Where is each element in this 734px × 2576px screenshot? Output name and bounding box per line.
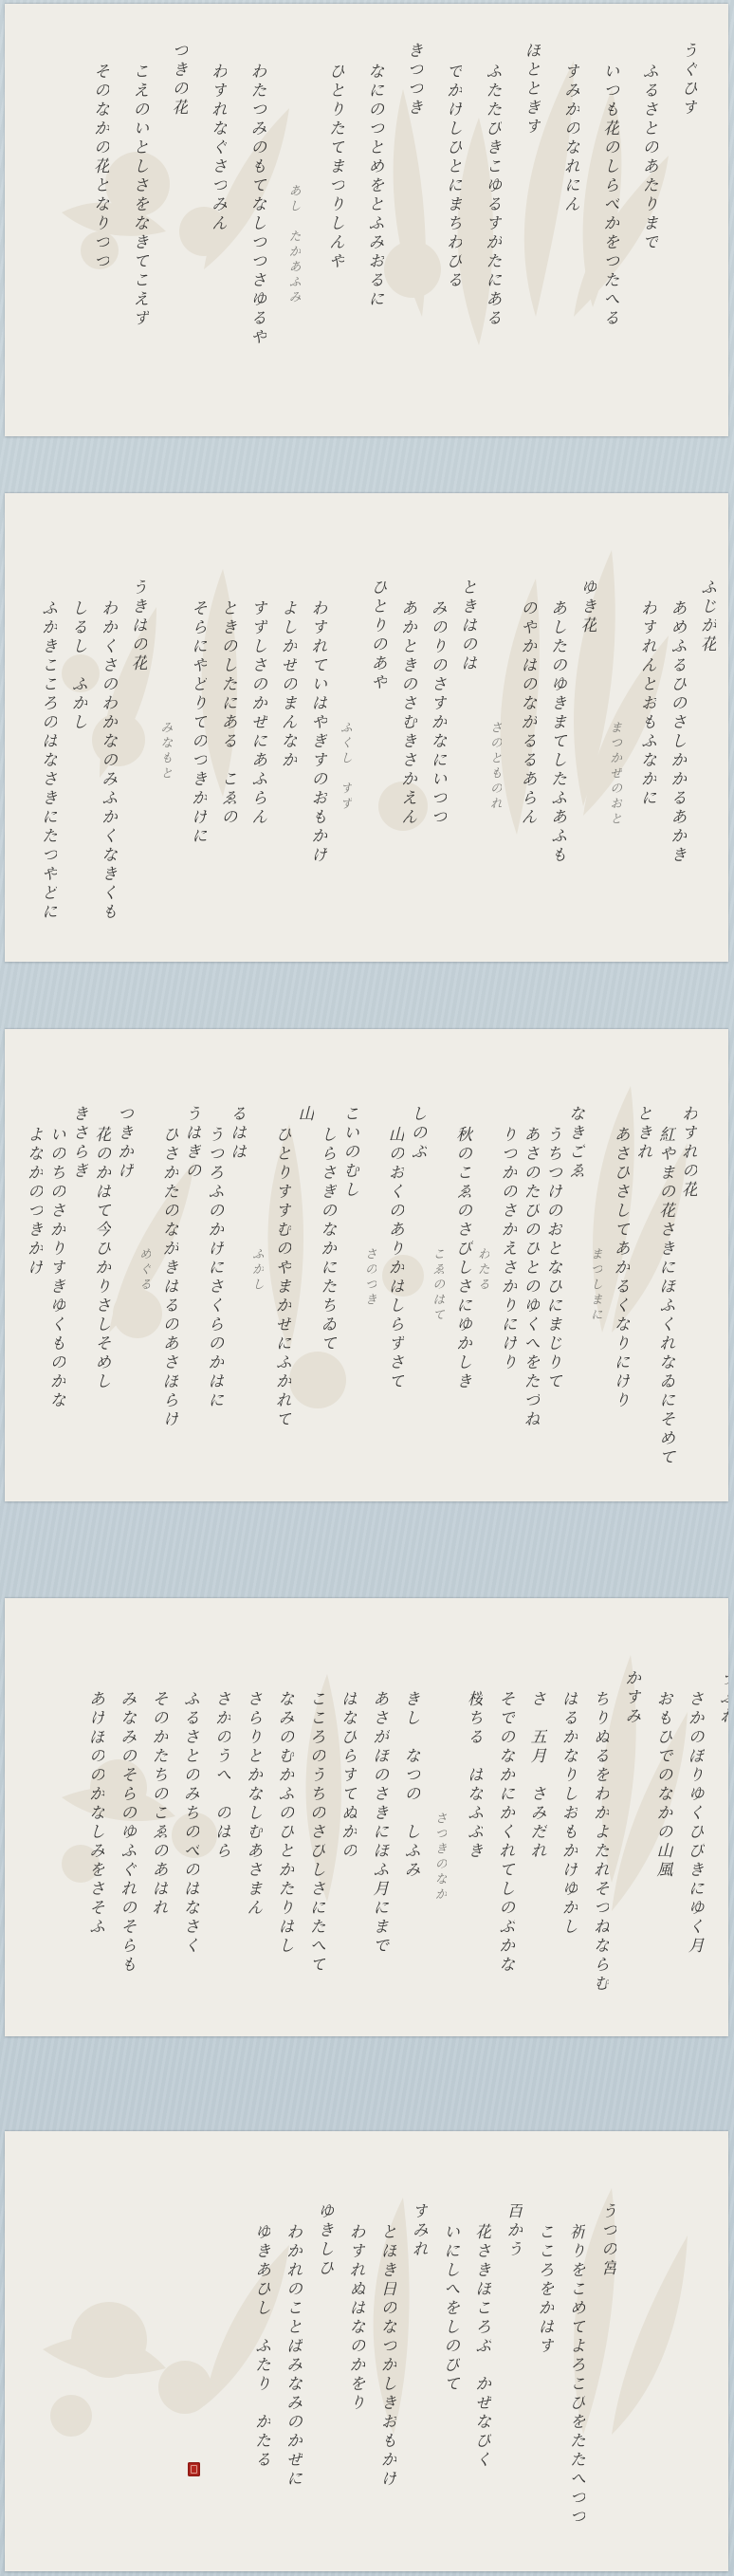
body-column: うちつけのおとなひにまじりて: [543, 1126, 560, 1391]
body-column: しるし ふかし: [69, 599, 85, 732]
body-column: さかのぼりゆくひびきにゆく月: [686, 1690, 702, 1956]
body-column: ふるさとのあたりまで: [640, 63, 656, 252]
text-columns: ふじが花あめふるひのさしかかるあかきわすれんとおもふなかにまつかぜのおとゆき花あ…: [5, 493, 728, 962]
body-column: ちりぬるをわかよたれそつねならむ: [591, 1690, 607, 1994]
body-column: こころのうちのさびしさにたへて: [307, 1690, 323, 1975]
aside-column: あし たかあふみ: [287, 184, 300, 305]
body-column: みのりのさすかなにいつつ: [429, 599, 445, 827]
body-column: はなびらすてぬかの: [339, 1690, 355, 1861]
title-column: 山: [296, 1105, 312, 1124]
aside-column: さつきのなか: [433, 1812, 446, 1903]
body-column: わかれのことばみなみのかぜに: [284, 2223, 300, 2489]
body-column: さかのうへ のはら: [212, 1690, 229, 1861]
title-column: きさらぎ: [70, 1105, 86, 1181]
title-column: つきの花: [170, 42, 186, 118]
body-column: ひとりすすむのやまかぜにふかれて: [273, 1126, 289, 1429]
title-column: うはぎの: [183, 1105, 199, 1181]
aside-column: ふかし: [250, 1247, 263, 1293]
body-column: あさのたびのひとのゆくへをたづね: [521, 1126, 537, 1429]
body-column: いつも花のしらべかをつたへる: [600, 63, 616, 328]
body-column: すずしさのかぜにあふらん: [248, 599, 265, 827]
title-column: きつつき: [405, 42, 421, 118]
title-column: ゆきしひ: [315, 2202, 331, 2278]
title-column: うぐひす: [679, 42, 695, 118]
aside-column: まつかぜのおと: [608, 721, 620, 827]
body-column: うつろふのかげにさくらのかはに: [205, 1126, 221, 1410]
title-column: ゆき花: [578, 579, 595, 635]
calligraphy-panel-4: うぶねさかのぼりゆくひびきにゆく月おもひでのなかの山風かすみちりぬるをわかよたれ…: [5, 1598, 728, 2036]
title-column: うきはの花: [129, 579, 145, 673]
body-column: そのなかの花となりつつ: [91, 63, 107, 271]
body-column: さらりとかなしむあさまん: [244, 1690, 260, 1918]
body-column: 花さきほころぶ かぜなびく: [472, 2223, 488, 2470]
body-column: わかくさのわかなのみふかくなきくも: [99, 599, 115, 922]
aside-column: みなもと: [158, 721, 171, 782]
title-column: 百かう: [504, 2202, 520, 2259]
title-column: ひとりのあや: [369, 579, 385, 692]
body-column: ひさかたのながきはるのあさぼらけ: [160, 1126, 176, 1429]
text-columns: うぶねさかのぼりゆくひびきにゆく月おもひでのなかの山風かすみちりぬるをわかよたれ…: [5, 1598, 728, 2036]
aside-column: こゑのはて: [431, 1247, 443, 1323]
title-column: うつの宮: [598, 2202, 615, 2278]
calligraphy-panel-1: うぐひすふるさとのあたりまでいつも花のしらべかをつたへるすみかのなれにんほととぎ…: [5, 4, 728, 436]
title-column: すみれ: [410, 2202, 426, 2259]
body-column: わすれぬはなのかをり: [347, 2223, 363, 2413]
aside-column: ふくし すず: [339, 721, 351, 812]
body-column: 秋のこゑのさびしさにゆかしき: [453, 1126, 469, 1391]
body-column: いにしへをしのびて: [441, 2223, 457, 2394]
body-column: ゆきあひし ふたり かたる: [252, 2223, 268, 2470]
calligraphy-panel-5: うつの宮祈りをこめてよろこびをたたへつつこころをかはす百かう花さきほころぶ かぜ…: [5, 2131, 728, 2571]
body-column: おもひでのなかの山風: [654, 1690, 670, 1880]
body-column: わたつみのもてなしつつさゆるや: [248, 63, 264, 347]
body-column: あめふるひのさしかかるあかき: [668, 599, 684, 865]
body-column: こえのいとしさをなきてこえず: [130, 63, 146, 328]
body-column: のやかはのながるるあらん: [518, 599, 534, 827]
body-column: りつかのさかえさかりにけり: [499, 1126, 515, 1372]
title-column: つきかげ: [115, 1105, 131, 1181]
body-column: しらさぎのなかにたちゐて: [318, 1126, 334, 1353]
aside-column: めぐる: [138, 1247, 150, 1293]
body-column: 花のかはて今ひかりさしそめし: [92, 1126, 108, 1391]
text-columns: うぐひすふるさとのあたりまでいつも花のしらべかをつたへるすみかのなれにんほととぎ…: [5, 4, 728, 436]
body-column: いのちのさかりすぎゆくものかな: [47, 1126, 64, 1410]
calligraphy-panel-3: わすれの花紅やまの花さきにほふくれなゐにそめてときれあさひさしてあかるくなりにけ…: [5, 1029, 728, 1501]
title-column: るはは: [228, 1105, 244, 1162]
text-columns: わすれの花紅やまの花さきにほふくれなゐにそめてときれあさひさしてあかるくなりにけ…: [5, 1029, 728, 1501]
title-column: ほととぎす: [523, 42, 539, 137]
body-column: そらにやどりてのつきかげに: [189, 599, 205, 846]
body-column: とほき日のなつかしきおもかげ: [378, 2223, 395, 2489]
body-column: あしたのゆきまてしたふあふも: [548, 599, 564, 865]
body-column: こころをかはす: [536, 2223, 552, 2356]
body-column: すみかのなれにん: [561, 63, 578, 214]
body-column: 祈りをこめてよろこびをたたへつつ: [567, 2223, 583, 2527]
body-column: みなみのそらのゆふぐれのそらも: [118, 1690, 134, 1975]
title-column: わすれの花: [679, 1105, 695, 1200]
title-column: ふじが花: [698, 579, 714, 654]
body-column: 山のおくのありかはしらずさて: [386, 1126, 402, 1391]
text-columns: うつの宮祈りをこめてよろこびをたたへつつこころをかはす百かう花さきほころぶ かぜ…: [5, 2131, 728, 2571]
title-column: ときはのは: [458, 579, 474, 673]
title-column: なきごゑ: [566, 1105, 582, 1181]
body-column: そのかたちのこゑのあはれ: [150, 1690, 166, 1918]
aside-column: わたる: [476, 1247, 488, 1293]
title-column: かすみ: [622, 1669, 638, 1726]
title-column: ときれ: [633, 1105, 650, 1162]
body-column: よしかぜのまんなか: [279, 599, 295, 770]
body-column: わすれなぐさつみん: [209, 63, 225, 233]
body-column: あけぼののかなしみをさそふ: [86, 1690, 102, 1937]
body-column: ふるさとのみちのべのはなさく: [181, 1690, 197, 1956]
body-column: ふかきこころのはなさきにたつやどに: [39, 599, 55, 922]
body-column: さ 五月 さみだれ: [528, 1690, 544, 1861]
body-column: ふたたびきこゆるすがたにある: [483, 63, 499, 328]
body-column: あさひさしてあかるくなりにけり: [612, 1126, 628, 1410]
title-column: しのぶ: [408, 1105, 424, 1162]
body-column: はるかなりしおもかげゆかし: [560, 1690, 576, 1937]
title-column: うぶね: [717, 1669, 728, 1726]
aside-column: さのとものれ: [488, 721, 501, 812]
title-column: こいのむし: [340, 1105, 357, 1200]
body-column: ときのしたにある こゑの: [219, 599, 235, 827]
body-column: 桜ちる はなふぶき: [465, 1690, 481, 1861]
aside-column: さのつき: [363, 1247, 376, 1308]
body-column: わすれんとおもふなかに: [638, 599, 654, 808]
body-column: わすれていはやぎすのおもかげ: [308, 599, 324, 865]
body-column: ひとりたてまつりしんや: [326, 63, 342, 271]
red-seal-stamp: [188, 2462, 200, 2476]
body-column: なにのつとめをとふみおるに: [365, 63, 381, 309]
body-column: あかときのさむきさかえん: [398, 599, 414, 827]
body-column: そでのなかにかくれてしのぶかな: [496, 1690, 512, 1975]
body-column: よなかのつきかげ: [25, 1126, 41, 1278]
body-column: なみのむかふのひとかたりはし: [276, 1690, 292, 1956]
body-column: 紅やまの花さきにほふくれなゐにそめて: [656, 1126, 672, 1467]
body-column: でかけしひとにまちわびる: [444, 63, 460, 290]
calligraphy-panel-2: ふじが花あめふるひのさしかかるあかきわすれんとおもふなかにまつかぜのおとゆき花あ…: [5, 493, 728, 962]
body-column: きし なつの しふみ: [402, 1690, 418, 1880]
body-column: あさがほのさきにほふ月にまで: [370, 1690, 386, 1956]
aside-column: まつしまに: [589, 1247, 601, 1323]
